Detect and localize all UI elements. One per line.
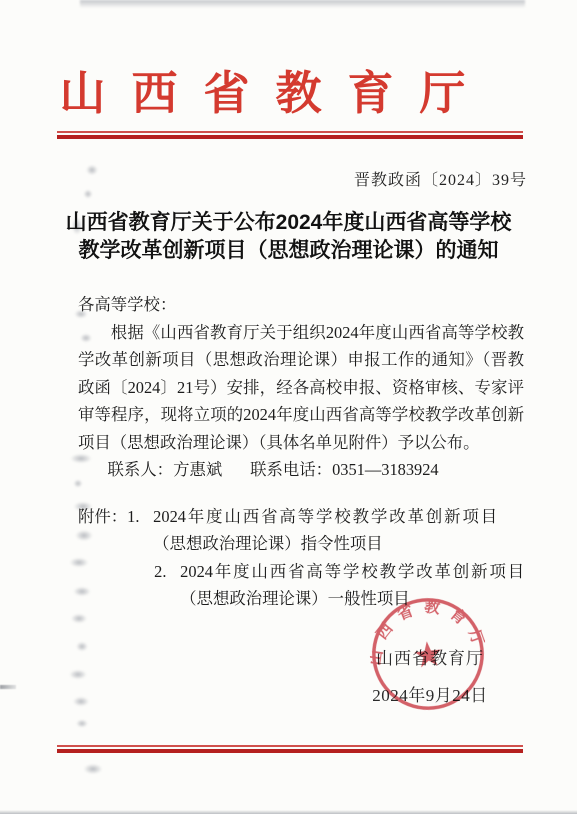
scan-smudge [74, 718, 90, 729]
attachment-item: 1. 2024年度山西省高等学校教学改革创新项目（思想政治理论课）指令性项目 [127, 503, 524, 558]
signature-issuer: 山西省教育厅 [368, 644, 492, 669]
attachment-number: 1. [127, 503, 153, 531]
rule-thick-line [57, 135, 523, 139]
page-edge-shadow [0, 810, 577, 814]
contact-line: 联系人：方惠斌联系电话：0351—3183924 [78, 456, 524, 484]
scan-smudge [84, 163, 100, 177]
document-title-line1: 山西省教育厅关于公布2024年度山西省高等学校 [0, 209, 577, 237]
rule-thick-line [57, 749, 523, 753]
scanned-document-page: 山西省教育厅 晋教政函〔2024〕39号 山西省教育厅关于公布2024年度山西省… [0, 0, 577, 814]
salutation: 各高等学校： [78, 291, 524, 319]
scan-smudge [80, 0, 525, 8]
attachments-list: 1. 2024年度山西省高等学校教学改革创新项目（思想政治理论课）指令性项目 2… [127, 503, 524, 613]
attachment-item: 2. 2024年度山西省高等学校教学改革创新项目（思想政治理论课）一般性项目 [154, 558, 524, 613]
scan-smudge [80, 762, 106, 776]
rule-thin-line [57, 131, 523, 133]
attachment-text: 2024年度山西省高等学校教学改革创新项目（思想政治理论课）指令性项目 [153, 503, 497, 558]
phone-number: 0351—3183924 [332, 460, 439, 479]
document-title-line2: 教学改革创新项目（思想政治理论课）的通知 [0, 237, 577, 265]
attachments-label: 附件： [78, 503, 127, 531]
body-paragraph: 根据《山西省教育厅关于组织2024年度山西省高等学校教学改革创新项目（思想政治理… [78, 319, 524, 457]
letterhead-title: 山西省教育厅 [0, 66, 564, 122]
footer-divider-rule [57, 745, 523, 753]
scan-smudge [0, 685, 16, 689]
rule-thin-line [57, 745, 523, 747]
scan-smudge [70, 695, 92, 708]
document-body: 各高等学校： 根据《山西省教育厅关于组织2024年度山西省高等学校教学改革创新项… [78, 291, 524, 613]
attachments-block: 附件： 1. 2024年度山西省高等学校教学改革创新项目（思想政治理论课）指令性… [78, 503, 524, 613]
scan-smudge [68, 612, 90, 625]
signature-date: 2024年9月24日 [368, 681, 492, 706]
contact-label: 联系人： [108, 460, 174, 479]
phone-label: 联系电话： [250, 460, 332, 479]
letterhead-divider-rule [57, 131, 523, 139]
contact-name: 方惠斌 [173, 460, 222, 479]
attachment-text: 2024年度山西省高等学校教学改革创新项目（思想政治理论课）一般性项目 [180, 558, 524, 613]
document-title: 山西省教育厅关于公布2024年度山西省高等学校 教学改革创新项目（思想政治理论课… [0, 209, 577, 265]
attachment-number: 2. [154, 558, 180, 586]
signature-block: 山西省教育厅 2024年9月24日 [368, 644, 492, 706]
document-number: 晋教政函〔2024〕39号 [354, 167, 527, 190]
scan-smudge [82, 188, 94, 200]
scan-smudge [74, 640, 90, 653]
scan-smudge [66, 668, 90, 681]
